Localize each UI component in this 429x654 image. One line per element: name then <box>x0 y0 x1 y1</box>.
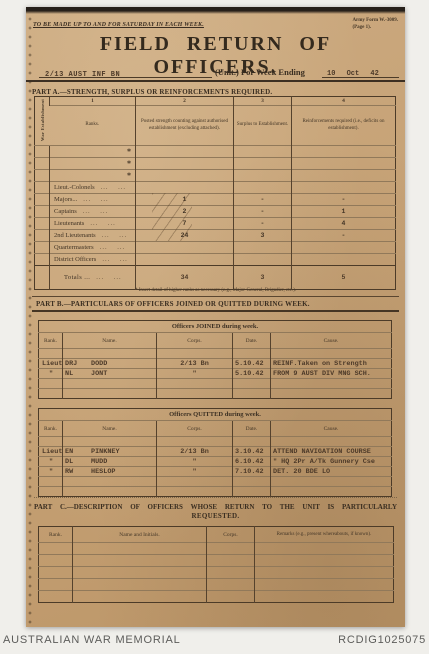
army-form-reference: Army Form W.-3009. (Page 1). <box>352 18 398 31</box>
week-ending-label: (Unit.) For Week Ending <box>215 67 305 77</box>
quitted-entry: " RWHESLOP " 7.10.42 DET. 20 BDE LO <box>39 467 392 477</box>
table-row: Lieutenants... ... 7 - 4 <box>35 218 396 230</box>
header-reinforcements: Reinforcements required (i.e., deficits … <box>292 106 396 146</box>
totals-row: Totals ...... ... 34 3 5 <box>35 266 396 290</box>
quitted-entry: Lieut ENPINKNEY 2/13 Bn 3.10.42 ATTEND N… <box>39 447 392 457</box>
rank-label: Majors... <box>54 196 77 203</box>
table-row: Majors...... ... 1 - - <box>35 194 396 206</box>
total-reinforcements: 5 <box>292 266 396 290</box>
joined-entry: " NLJONT " 5.10.42 FROM 9 AUST DIV MNG S… <box>39 369 392 379</box>
table-row: 2nd Lieutenants... ... 24 3 - <box>35 230 396 242</box>
rank-label: 2nd Lieutenants <box>54 232 96 239</box>
quitted-caption: Officers QUITTED during week. <box>39 409 392 421</box>
officers-joined-table: Officers JOINED during week. Rank. Name.… <box>38 320 392 399</box>
table-row <box>39 487 392 497</box>
table-row <box>39 591 394 603</box>
total-posted: 34 <box>136 266 234 290</box>
higher-rank-asterisk: * <box>127 159 131 168</box>
part-c-table: Rank. Name and Initials. Corps. Remarks … <box>38 526 394 603</box>
joined-entry: Lieut DRJDODD 2/13 Bn 5.10.42 REINF.Take… <box>39 359 392 369</box>
table-row <box>39 437 392 447</box>
part-a-header-row: Ranks. Posted strength counting against … <box>35 106 396 146</box>
quitted-header-row: Rank. Name. Corps. Date. Cause. <box>39 421 392 437</box>
army-form-line2: (Page 1). <box>352 25 398 32</box>
table-row: * <box>35 158 396 170</box>
part-c-heading: PART C.—DESCRIPTION OF OFFICERS WHOSE RE… <box>34 497 397 520</box>
table-row <box>39 389 392 399</box>
joined-header-row: Rank. Name. Corps. Date. Cause. <box>39 333 392 349</box>
col-num-1: 1 <box>50 97 136 106</box>
table-row: Captains... ... 2 - 1 <box>35 206 396 218</box>
col-num-4: 4 <box>292 97 396 106</box>
table-row <box>39 567 394 579</box>
top-instruction: TO BE MADE UP TO AND FOR SATURDAY IN EAC… <box>33 22 204 28</box>
part-a-column-numbers: War Establishment 1 2 3 4 <box>35 97 396 106</box>
table-row: Lieut.-Colonels... ... <box>35 182 396 194</box>
table-row <box>39 349 392 359</box>
header-surplus: Surplus to Establishment. <box>234 106 292 146</box>
header-posted-strength: Posted strength counting against authori… <box>136 106 234 146</box>
archive-id-label: RCDIG1025075 <box>338 634 426 646</box>
table-row: District Officers... ... <box>35 254 396 266</box>
part-c-header-row: Rank. Name and Initials. Corps. Remarks … <box>39 527 394 543</box>
scanned-form: TO BE MADE UP TO AND FOR SATURDAY IN EAC… <box>26 7 405 627</box>
part-a-footnote: * Insert detail of higher ranks as neces… <box>26 288 405 293</box>
unit-value: 2/13 AUST INF BN <box>45 71 120 79</box>
higher-rank-asterisk: * <box>127 147 131 156</box>
total-surplus: 3 <box>234 266 292 290</box>
table-row <box>39 477 392 487</box>
rank-label: Captains <box>54 208 77 215</box>
table-row <box>39 379 392 389</box>
part-a-heading: PART A.—STRENGTH, SURPLUS OR REINFORCEME… <box>32 88 272 96</box>
war-establishment-label: War Establishment <box>40 99 45 141</box>
army-form-line1: Army Form W.-3009. <box>352 18 398 25</box>
archive-source-label: AUSTRALIAN WAR MEMORIAL <box>3 634 181 646</box>
rank-label: Lieut.-Colonels <box>54 184 95 191</box>
rank-label: Quartermasters <box>54 244 94 251</box>
table-row: * <box>35 146 396 158</box>
part-a-table: War Establishment 1 2 3 4 Ranks. Posted … <box>34 96 396 290</box>
col-num-2: 2 <box>136 97 234 106</box>
date-writing-line <box>322 77 399 78</box>
quitted-entry: " DLMUDD " 6.10.42 " HQ 2Pr A/Tk Gunnery… <box>39 457 392 467</box>
higher-rank-asterisk: * <box>127 171 131 180</box>
table-row <box>39 555 394 567</box>
table-row: Quartermasters... ... <box>35 242 396 254</box>
rank-label: District Officers <box>54 256 96 263</box>
officers-quitted-table: Officers QUITTED during week. Rank. Name… <box>38 408 392 497</box>
header-ranks: Ranks. <box>50 106 136 146</box>
table-row <box>39 579 394 591</box>
col-num-3: 3 <box>234 97 292 106</box>
part-b-heading: PART B.—PARTICULARS OF OFFICERS JOINED O… <box>32 296 399 312</box>
table-row: * <box>35 170 396 182</box>
joined-caption: Officers JOINED during week. <box>39 321 392 333</box>
table-row <box>39 543 394 555</box>
rank-label: Lieutenants <box>54 220 84 227</box>
war-establishment-column: War Establishment <box>35 97 50 146</box>
perforated-edge <box>27 15 33 627</box>
paper-top-edge <box>26 7 405 14</box>
totals-label: Totals ... <box>64 274 90 281</box>
